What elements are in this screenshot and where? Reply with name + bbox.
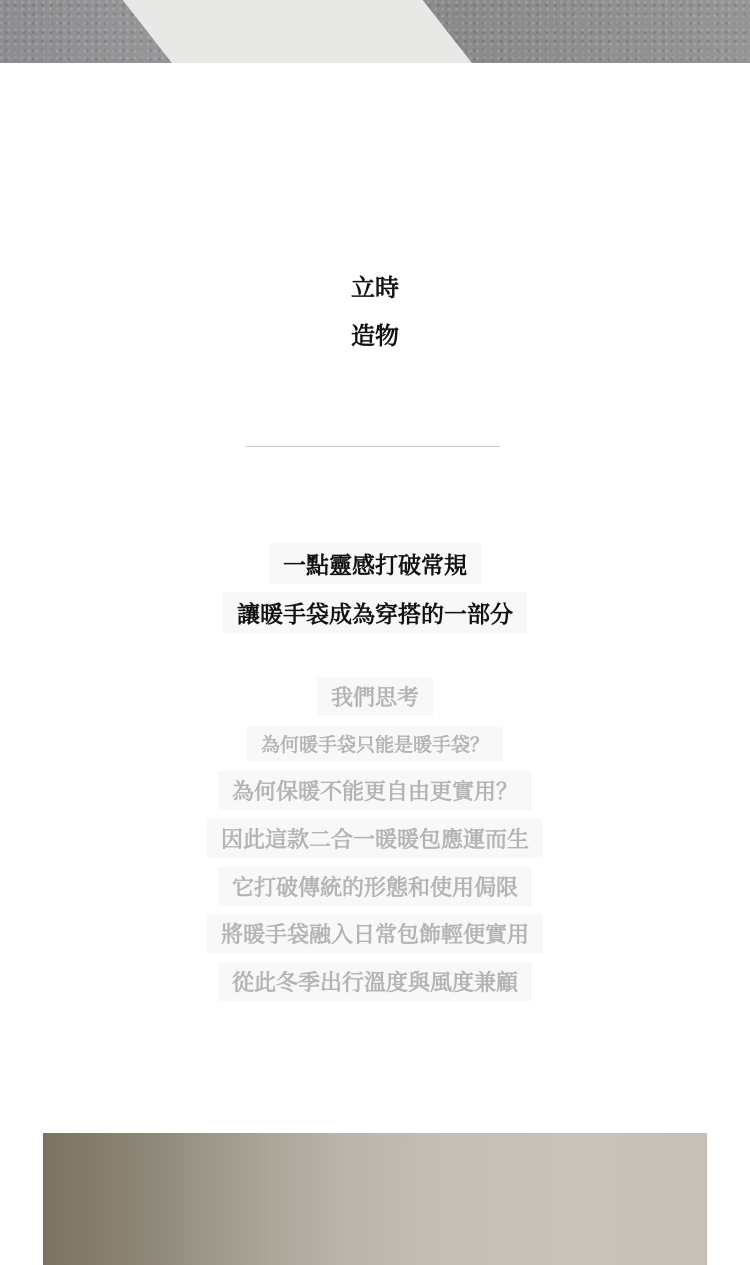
hero-image [0,0,750,63]
body-line: 因此這款二合一暖暖包應運而生 [0,819,750,858]
body-line: 它打破傳統的形態和使用侷限 [0,867,750,906]
body-lead: 我們思考 [0,677,750,716]
brand-title-line1: 立時 [0,276,750,300]
bottom-product-image [43,1133,707,1265]
brand-title-line2: 造物 [0,324,750,348]
body-line: 為何保暖不能更自由更實用？ [0,771,750,810]
body-line: 從此冬季出行溫度與風度兼顧 [0,962,750,1001]
headline-line1: 一點靈感打破常規 [0,543,750,584]
headline-line2: 讓暖手袋成為穿搭的一部分 [0,592,750,633]
divider [246,446,500,447]
body-line: 將暖手袋融入日常包飾輕便實用 [0,914,750,953]
body-line: 為何暖手袋只能是暖手袋？ [0,726,750,761]
